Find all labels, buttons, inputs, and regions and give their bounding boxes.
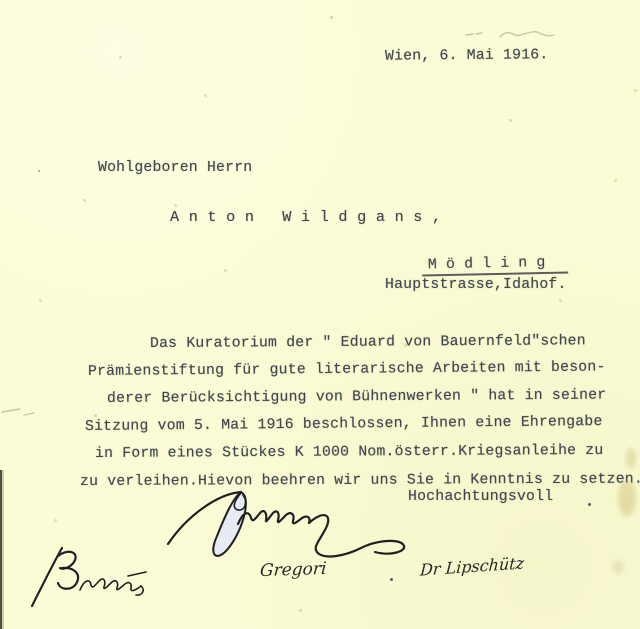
body-line: in Form eines Stückes K 1000 Nom.österr.… [95, 438, 637, 469]
paper-speckles [0, 0, 1, 1]
closing-formula: Hochachtungsvoll [408, 489, 553, 505]
ink-dot [588, 503, 591, 506]
recipient-name: Anton Wildgans, [170, 208, 451, 226]
ink-dot [390, 578, 393, 581]
pencil-mark-margin [0, 400, 42, 420]
scan-edge-shadow [2, 470, 4, 629]
salutation: Wohlgeboren Herrn [98, 160, 252, 176]
ink-dot [38, 170, 40, 172]
paper-smudge [618, 480, 636, 516]
body-line: Sitzung vom 5. Mai 1916 beschlossen, Ihn… [85, 408, 637, 441]
pencil-note-top [462, 26, 572, 44]
paper-smudge [612, 560, 624, 574]
signature-right: Dr Lipschütz [419, 553, 524, 579]
body-line: Prämienstiftung für gute literarische Ar… [88, 354, 637, 386]
paper-smudge [626, 448, 636, 468]
address-street: Hauptstrasse,Idahof. [385, 277, 567, 293]
dateline: Wien, 6. Mai 1916. [385, 47, 549, 64]
signature-middle: Gregori [259, 559, 327, 581]
letter-page: Wien, 6. Mai 1916. Wohlgeboren Herrn Ant… [0, 0, 640, 629]
address-city: Mödling [422, 254, 568, 276]
letter-body: Das Kuratorium der " Eduard von Bauernfe… [62, 331, 637, 497]
signature-left [28, 546, 163, 608]
